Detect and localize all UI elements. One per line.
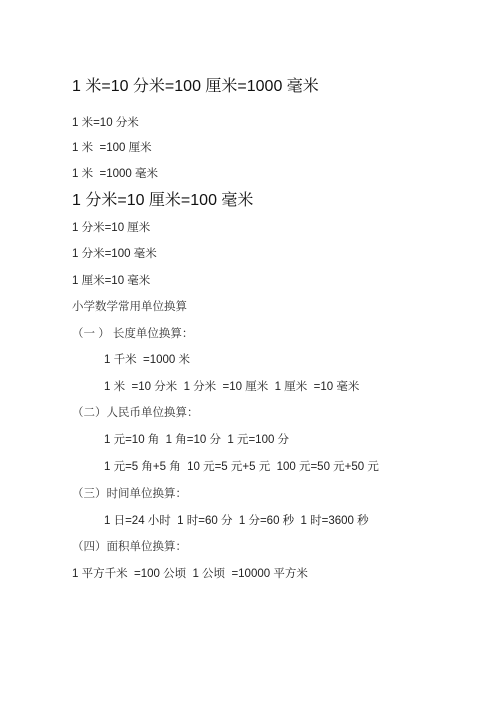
rmb-heading: （二）人民币单位换算： bbox=[72, 408, 199, 420]
time-conversions-line: 1 日=24 小时 1 时=60 分 1 分=60 秒 1 时=3600 秒 bbox=[104, 516, 369, 528]
meter-millimeter-line: 1 米 =1000 毫米 bbox=[72, 169, 158, 181]
section-title: 小学数学常用单位换算 bbox=[72, 302, 187, 314]
centimeter-millimeter-line: 1 厘米=10 毫米 bbox=[72, 276, 150, 288]
length-heading: （一 ） 长度单位换算： bbox=[72, 329, 193, 341]
area-heading: （四）面积单位换算： bbox=[72, 542, 187, 554]
decimeter-centimeter-line: 1 分米=10 厘米 bbox=[72, 223, 150, 235]
decimeter-equation: 1 分米=10 厘米=100 毫米 bbox=[72, 193, 253, 209]
yuan-jiao-fen-line: 1 元=10 角 1 角=10 分 1 元=100 分 bbox=[104, 435, 289, 447]
length-conversions-line: 1 米 =10 分米 1 分米 =10 厘米 1 厘米 =10 毫米 bbox=[104, 382, 359, 394]
time-heading: （三）时间单位换算： bbox=[72, 489, 187, 501]
decimeter-millimeter-line: 1 分米=100 毫米 bbox=[72, 249, 157, 261]
meter-decimeter-line: 1 米=10 分米 bbox=[72, 118, 139, 130]
yuan-addition-line: 1 元=5 角+5 角 10 元=5 元+5 元 100 元=50 元+50 元 bbox=[104, 462, 379, 474]
meter-centimeter-line: 1 米 =100 厘米 bbox=[72, 143, 152, 155]
area-conversions-line: 1 平方千米 =100 公顷 1 公顷 =10000 平方米 bbox=[72, 569, 308, 581]
kilometer-line: 1 千米 =1000 米 bbox=[104, 355, 190, 367]
main-length-equation: 1 米=10 分米=100 厘米=1000 毫米 bbox=[72, 79, 319, 95]
